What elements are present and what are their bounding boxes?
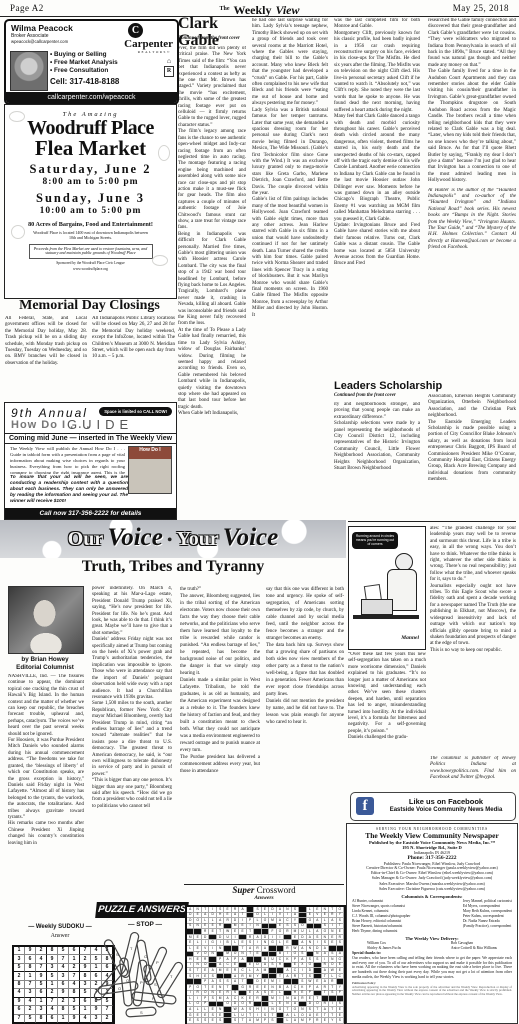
sudoku-cell: 2 (80, 955, 91, 963)
sudoku-cell: 1 (25, 972, 36, 980)
byline-name: by Brian Howey (8, 656, 82, 664)
word-search-answer-graphic: STO PTO PST OPS (92, 930, 196, 1022)
sudoku-cell: 3 (25, 989, 36, 997)
guide-ad: 9th Annual Space is limited so CALL NOW!… (4, 402, 177, 520)
facebook-icon: f (356, 797, 374, 815)
crossword-cell: Y (329, 1018, 336, 1024)
opinion-col-2: power indefinitely. On March 4, speaking… (92, 586, 172, 902)
columnists-lists: Al Hunter, columnist Steve Nicewanger, s… (347, 899, 517, 934)
sudoku-cell: 8 (36, 1015, 47, 1023)
sudoku-cell: 3 (36, 1006, 47, 1014)
sudoku-cell: 7 (69, 972, 80, 980)
columnists-left: Al Hunter, columnist Steve Nicewanger, s… (352, 899, 410, 934)
sudoku-cell: 6 (36, 989, 47, 997)
doodle-decoration (152, 255, 168, 266)
opinion-byline: by Brian Howey Editorial Columnist (8, 656, 82, 671)
flea-day1: Saturday, June 2 (5, 162, 176, 177)
banner-word-our: Our (68, 528, 104, 550)
sudoku-cell: 8 (47, 947, 58, 955)
realtor-email: wpeacock@callcarpenter.com (11, 39, 73, 44)
sudoku-cell: 7 (47, 998, 58, 1006)
sudoku-cell: 4 (69, 981, 80, 989)
crossword-cell: M (254, 1018, 261, 1024)
svg-text:S: S (116, 952, 119, 957)
sudoku-cell: 6 (47, 1015, 58, 1023)
flea-hours1: 8:00 am to 5:00 pm (5, 177, 176, 188)
sudoku-cell: 7 (80, 947, 91, 955)
word-search-title: — STOP — (112, 921, 178, 928)
svg-text:O: O (144, 954, 147, 959)
sudoku-cell: 8 (69, 989, 80, 997)
realtor-url-bar: callcarpenter.com/wpeacock (6, 92, 177, 103)
doodle-decoration (9, 111, 25, 122)
facebook-box: f Like us on Facebook Eastside Voice Com… (350, 792, 516, 821)
sudoku-cell: 2 (58, 998, 69, 1006)
realtor-services-list: • Buying or Selling • Free Market Analys… (50, 51, 118, 75)
newspaper-page: Page A2 The Weekly View May 25, 2018 Wil… (0, 0, 519, 1024)
opinion-right-col-2: ates: “The grandest challenge for your l… (430, 526, 516, 754)
sudoku-cell: 2 (36, 947, 47, 955)
masthead-the: The (219, 6, 229, 12)
flea-title-line1: Woodruff Place (5, 118, 176, 138)
scholarship-col-1: ity and neighborhoods stronger, and prov… (334, 402, 420, 520)
columnist-item: (Family Practice), correspondent (463, 924, 512, 929)
svg-text:S: S (154, 982, 157, 987)
crossword-cell: S (194, 1018, 201, 1024)
masthead-title: The Weekly View Community Newspaper (347, 831, 517, 840)
crossword-answer-grid: ANTISERASEDANSLENTODEADHEATOLIVIAEVERYDO… (185, 905, 346, 1024)
sudoku-cell: 6 (58, 981, 69, 989)
guide-cover-label: How Do I (129, 447, 171, 453)
opinion-col-4: say that this one was different in both … (266, 586, 344, 880)
svg-text:T: T (130, 946, 133, 951)
sudoku-cell: 3 (69, 998, 80, 1006)
masthead-phone: Phone: 317-356-2222 (347, 855, 517, 861)
cartoon-typewriter (361, 599, 393, 615)
sudoku-cell: 3 (14, 955, 25, 963)
service-item: • Buying or Selling (50, 51, 118, 59)
banner-word-voice: Voice (107, 524, 163, 551)
sudoku-cell: 4 (14, 989, 25, 997)
sudoku-cell: 4 (58, 964, 69, 972)
sudoku-cell: 7 (14, 1015, 25, 1023)
masthead-box: SERVING YOUR NEIGHBORHOOD COMMUNITIES Th… (346, 823, 518, 1024)
guide-call-bar: Call now 317-356-2222 for details (5, 508, 176, 519)
gable-col-2: he had one last surprise waiting for him… (252, 18, 328, 518)
svg-text:P: P (156, 960, 159, 965)
realtor-ad: Wilma Peacock Broker Associate wpeacock@… (4, 19, 179, 105)
crossword-title-rest: Crossword (254, 885, 295, 895)
sudoku-cell: 5 (36, 981, 47, 989)
realtor-name: Wilma Peacock (11, 23, 73, 33)
opinion-tagline: The columnist is publisher of Howey Poli… (430, 756, 516, 788)
delivery-lists: William Cox Shirley & James Fuchs Bob Ga… (347, 941, 517, 951)
flea-url: www.woodruffplace.org (5, 267, 176, 271)
sudoku-cell: 4 (80, 1015, 91, 1023)
facebook-line1: Like us on Facebook (379, 797, 513, 806)
service-item: • Free Consultation (50, 67, 118, 75)
facebook-line2: Eastside Voice Community News Media (379, 807, 513, 813)
crossword-cell: E (322, 1018, 329, 1024)
sudoku-cell: 8 (58, 1006, 69, 1014)
crossword-cell: S (337, 1018, 344, 1024)
realtor-photo (10, 51, 48, 91)
sudoku-cell: 5 (25, 1015, 36, 1023)
masthead-staff-line: Sales Manager & Co-Owner: Judy Crawford … (347, 876, 517, 881)
sudoku-cell: 8 (80, 972, 91, 980)
sudoku-cell: 4 (36, 955, 47, 963)
sudoku-cell: 3 (58, 972, 69, 980)
memorial-headline: Memorial Day Closings (4, 298, 175, 314)
flea-location-note: Woodruff Place is located 1400 east of d… (31, 231, 151, 241)
sudoku-cell: 8 (14, 981, 25, 989)
guide-call-now-badge: Space is limited so CALL NOW! (99, 407, 172, 416)
sudoku-cell: 5 (69, 1006, 80, 1014)
sudoku-cell: 1 (58, 1015, 69, 1023)
carpenter-logo-icon: C (128, 23, 143, 38)
cartoonist-signature: Mannel (401, 635, 419, 641)
opinion-banner: Our Voice • Your Voice (0, 520, 346, 558)
sudoku-cell: 7 (25, 981, 36, 989)
gable-headline: Clark Gable (178, 15, 250, 49)
columnist-photo (8, 586, 84, 654)
sudoku-cell: 6 (14, 1006, 25, 1014)
gable-col-4: researched the Gable family connection a… (428, 18, 516, 390)
doodle-decoration (11, 225, 25, 239)
crossword-cell: U (247, 1018, 254, 1024)
crossword-cell (277, 1018, 284, 1024)
flea-title-line2: Flea Market (5, 138, 176, 159)
svg-text:P: P (152, 996, 155, 1001)
crossword-cell: S (202, 1018, 209, 1024)
crossword-cell: P (307, 1018, 314, 1024)
section-divider (348, 521, 516, 522)
cartoon-desk (353, 615, 419, 619)
guide-body-text: The Weekly View will publish the Annual … (10, 446, 125, 474)
guide-coming-banner: Coming mid June — inserted in The Weekly… (5, 433, 176, 444)
doodle-decoration (158, 145, 170, 161)
gable-continued-note: Continued from the front cover (178, 36, 250, 41)
equal-housing-icon: ⌂ (164, 57, 174, 66)
thanks-text: Our readers, who have been calling and t… (347, 956, 517, 980)
banner-word-voice2: Voice (223, 524, 279, 551)
sudoku-cell: 6 (80, 998, 91, 1006)
gable-col-1: ever, the film did win plenty of critica… (178, 46, 246, 518)
guide-word: GUIDE (67, 417, 133, 432)
sudoku-cell: 1 (36, 998, 47, 1006)
flea-proceeds-note: Proceeds from the Flea Market are used t… (29, 244, 153, 260)
service-item: • Free Market Analysis (50, 59, 118, 67)
sudoku-cell: 9 (25, 947, 36, 955)
realtors-label: REALTORS® (138, 50, 171, 54)
sudoku-cell: 5 (80, 989, 91, 997)
issue-date: May 25, 2018 (453, 3, 509, 13)
sudoku-cell: 4 (47, 1006, 58, 1014)
newspaper-masthead: The Weekly View (0, 1, 519, 19)
svg-text:O: O (126, 978, 129, 983)
opinion-headline: Truth, Tribes and Tyranny (0, 558, 346, 576)
sudoku-cell: 1 (14, 947, 25, 955)
memorial-col2: All Indianapolis Public Library location… (92, 316, 175, 400)
flea-acres-line: 80 Acres of Bargains, Food and Entertain… (5, 221, 176, 228)
sudoku-cell: 1 (69, 955, 80, 963)
columnist-item: Herb Thyme, dining columnist (352, 929, 410, 934)
sudoku-cell: 2 (47, 989, 58, 997)
delivery-right: Bob Gavaghan Anice Cottrell & Rita Willi… (451, 941, 497, 951)
sudoku-cell: 1 (80, 1006, 91, 1014)
sudoku-cell: 8 (25, 964, 36, 972)
opinion-col-1: NASHVILLE, Ind. — The fissures continue … (8, 674, 84, 908)
gable-col-4-text: researched the Gable family connection a… (428, 18, 516, 185)
sudoku-cell: 6 (69, 947, 80, 955)
sudoku-cell: 5 (58, 947, 69, 955)
carpenter-brand: Carpenter (124, 38, 173, 50)
sudoku-cell: 2 (14, 972, 25, 980)
crossword-cell: S (269, 1018, 276, 1024)
sudoku-cell: 9 (47, 955, 58, 963)
sudoku-cell: 9 (14, 998, 25, 1006)
crossword-cell: R (314, 1018, 321, 1024)
gable-col-3: was the last completed film for both Mon… (334, 18, 420, 376)
sudoku-cell: 7 (36, 964, 47, 972)
crossword-cell: M (299, 1018, 306, 1024)
flea-sponsor: Sponsored by the Woodruff Place Civic Le… (5, 261, 176, 265)
svg-text:P: P (140, 980, 143, 985)
guide-contest-text: To insure that your ad will be seen, we … (10, 475, 128, 505)
crossword-cell: T (239, 1018, 246, 1024)
byline-role: Editorial Columnist (8, 664, 82, 672)
sudoku-cell: 6 (25, 955, 36, 963)
sudoku-cell: 9 (36, 972, 47, 980)
crossword-title-super: Super (232, 885, 254, 895)
crossword-cell: A (292, 1018, 299, 1024)
svg-text:T: T (112, 976, 115, 981)
scholarship-continued-note: Continued from the front cover (334, 393, 422, 398)
flea-hours2: 10:00 am to 5:00 pm (5, 206, 176, 217)
guide-cover-image: How Do I (128, 446, 172, 494)
delivery-left: William Cox Shirley & James Fuchs (367, 941, 401, 951)
sudoku-cell: 9 (69, 1015, 80, 1023)
svg-text:O: O (118, 986, 121, 991)
scholarship-headline: Leaders Scholarship (334, 380, 444, 392)
policy-text: Advertising appearing in the Weekly View… (347, 986, 517, 997)
flea-day2: Sunday, June 3 (5, 191, 176, 206)
crossword-cell (224, 1018, 231, 1024)
masthead-staff-line: Sales Executive: Christine Figueroa (cat… (347, 887, 517, 892)
opinion-col-3: the truth?” The answer, Bloomberg sugges… (180, 586, 260, 880)
sudoku-cell: 9 (58, 989, 69, 997)
sudoku-cell: 1 (47, 981, 58, 989)
banner-separator: • (167, 532, 173, 549)
editorial-cartoon: Running around in circles means you’re r… (348, 526, 426, 650)
realtor-phone: Cell: 317-418-8188 (50, 77, 119, 86)
flea-market-ad: The Amazing Woodruff Place Flea Market S… (4, 104, 177, 299)
scholarship-col-2: Association, Emerson Heights Community O… (428, 394, 516, 524)
puzzle-answers-banner: PUZZLE ANSWERS (95, 902, 189, 918)
cartoon-speech-bubble: Running around in circles means you’re r… (352, 532, 398, 549)
crossword-title: Super Crossword (184, 884, 344, 895)
banner-word-your: Your (176, 528, 218, 550)
realtor-r-icon: R (164, 66, 174, 77)
crossword-cell: S (232, 1018, 239, 1024)
crossword-cell: E (187, 1018, 194, 1024)
crossword-cell: P (262, 1018, 269, 1024)
columnists-right: Jerry Mannel, political cartoonist Ed My… (463, 899, 512, 934)
svg-text:T: T (170, 974, 173, 979)
sudoku-cell: 5 (47, 972, 58, 980)
sudoku-cell: 9 (80, 964, 91, 972)
crossword-cell: L (284, 1018, 291, 1024)
crossword-cell: S (217, 1018, 224, 1024)
page-header: Page A2 The Weekly View May 25, 2018 (0, 0, 519, 17)
delivery-item: Anice Cottrell & Rita Williams (451, 946, 497, 951)
sudoku-cell: 5 (14, 964, 25, 972)
sudoku-cell: 3 (47, 964, 58, 972)
gable-author-bio: Al Hunter is the author of the “Haunted … (428, 188, 516, 252)
sudoku-cell: 7 (58, 955, 69, 963)
sudoku-cell: 2 (69, 964, 80, 972)
masthead-view: View (276, 3, 300, 17)
svg-text:S: S (140, 1010, 143, 1015)
opinion-right-col-1: “Over these last few years this new self… (348, 652, 426, 788)
sudoku-cell: 4 (25, 998, 36, 1006)
crossword-cell: E (209, 1018, 216, 1024)
sudoku-cell: 2 (25, 1006, 36, 1014)
crossword-subtitle: Answers (184, 895, 344, 901)
sudoku-cell: 3 (80, 981, 91, 989)
memorial-col1: All Federal, State, and Local government… (5, 316, 87, 400)
